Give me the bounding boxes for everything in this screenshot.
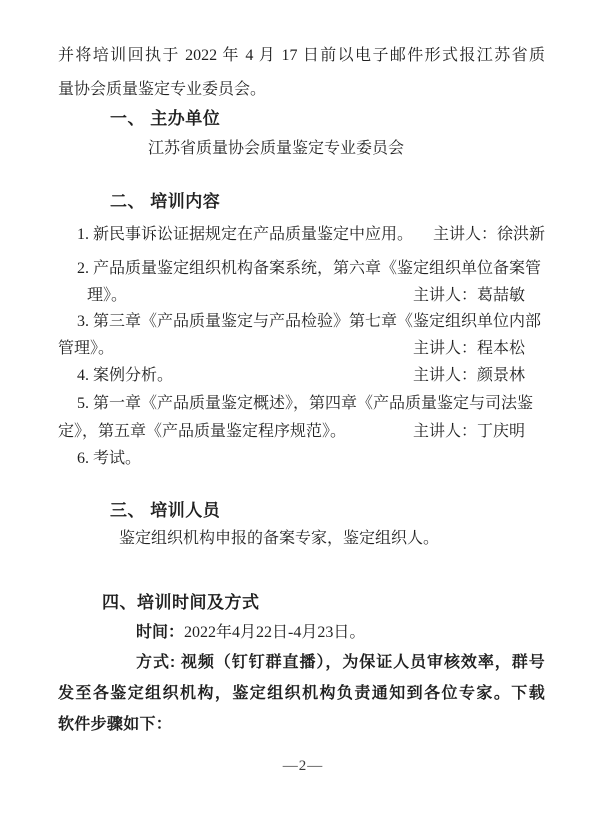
item-number: 5. (77, 394, 89, 414)
item-text: 新民事诉讼证据规定在产品质量鉴定中应用。 (93, 225, 413, 245)
item-number: 4. (77, 366, 89, 386)
item-text: 案例分析。 (93, 366, 173, 386)
item-number: 3. (77, 312, 89, 332)
item-speaker: 主讲人：葛喆敏 (413, 286, 525, 306)
method-line-3: 软件步骤如下： (58, 715, 545, 737)
time-label: 时间： (136, 624, 184, 641)
method-line-2: 发至各鉴定组织机构，鉴定组织机构负责通知到各位专家。下载 (58, 684, 545, 706)
item-speaker: 主讲人：丁庆明 (413, 422, 525, 442)
item-text: 第三章《产品质量鉴定与产品检验》第七章《鉴定组织单位内部 (93, 312, 541, 332)
training-item-5: 5. 第一章《产品质量鉴定概述》，第四章《产品质量鉴定与司法鉴 (58, 394, 545, 416)
section-two-heading: 二、 培训内容 (110, 192, 597, 214)
intro-line-1: 并将培训回执于 2022 年 4 月 17 日前以电子邮件形式报江苏省质 (58, 46, 545, 68)
training-item-3-continuation: 管理》。 主讲人：程本松 (58, 339, 545, 361)
item-text: 考试。 (93, 449, 141, 469)
item-number: 2. (77, 259, 89, 279)
item-number: 6. (77, 449, 89, 469)
method-line-1: 方式: 视频（钉钉群直播），为保证人员审核效率，群号 (136, 653, 545, 675)
training-item-4: 4. 案例分析。 主讲人：颜景林 (58, 366, 545, 388)
item-text-continuation: 管理》。 (58, 339, 114, 359)
document-page: 并将培训回执于 2022 年 4 月 17 日前以电子邮件形式报江苏省质 量协会… (0, 0, 606, 830)
organizer-name: 江苏省质量协会质量鉴定专业委员会 (148, 139, 606, 161)
item-text: 第一章《产品质量鉴定概述》，第四章《产品质量鉴定与司法鉴 (93, 394, 533, 414)
item-text-continuation: 理》。 (87, 286, 127, 306)
page-number: —2— (0, 758, 606, 775)
item-speaker: 主讲人：颜景林 (413, 366, 525, 386)
training-item-1: 1. 新民事诉讼证据规定在产品质量鉴定中应用。 主讲人：徐洪新 (58, 225, 545, 247)
time-value: 2022年4月22日-4月23日。 (184, 624, 365, 641)
item-number: 1. (77, 225, 89, 245)
training-item-6: 6. 考试。 (58, 449, 545, 471)
intro-line-2: 量协会质量鉴定专业委员会。 (58, 80, 545, 102)
training-item-3: 3. 第三章《产品质量鉴定与产品检验》第七章《鉴定组织单位内部 (58, 312, 545, 334)
training-item-2-continuation: 理》。 主讲人：葛喆敏 (58, 286, 545, 308)
item-speaker: 主讲人：徐洪新 (433, 225, 545, 245)
item-speaker: 主讲人：程本松 (413, 339, 525, 359)
time-line: 时间：2022年4月22日-4月23日。 (136, 623, 606, 645)
section-three-heading: 三、 培训人员 (110, 501, 597, 523)
training-item-5-continuation: 定》，第五章《产品质量鉴定程序规范》。 主讲人：丁庆明 (58, 422, 545, 444)
item-text: 产品质量鉴定组织机构备案系统，第六章《鉴定组织单位备案管 (93, 259, 541, 279)
item-text-continuation: 定》，第五章《产品质量鉴定程序规范》。 (58, 422, 346, 442)
section-four-heading: 四、培训时间及方式 (102, 593, 589, 615)
section-one-heading: 一、 主办单位 (110, 109, 597, 131)
training-item-2: 2. 产品质量鉴定组织机构备案系统，第六章《鉴定组织单位备案管 (58, 259, 545, 281)
section-three-body: 鉴定组织机构申报的备案专家，鉴定组织人。 (119, 529, 606, 551)
